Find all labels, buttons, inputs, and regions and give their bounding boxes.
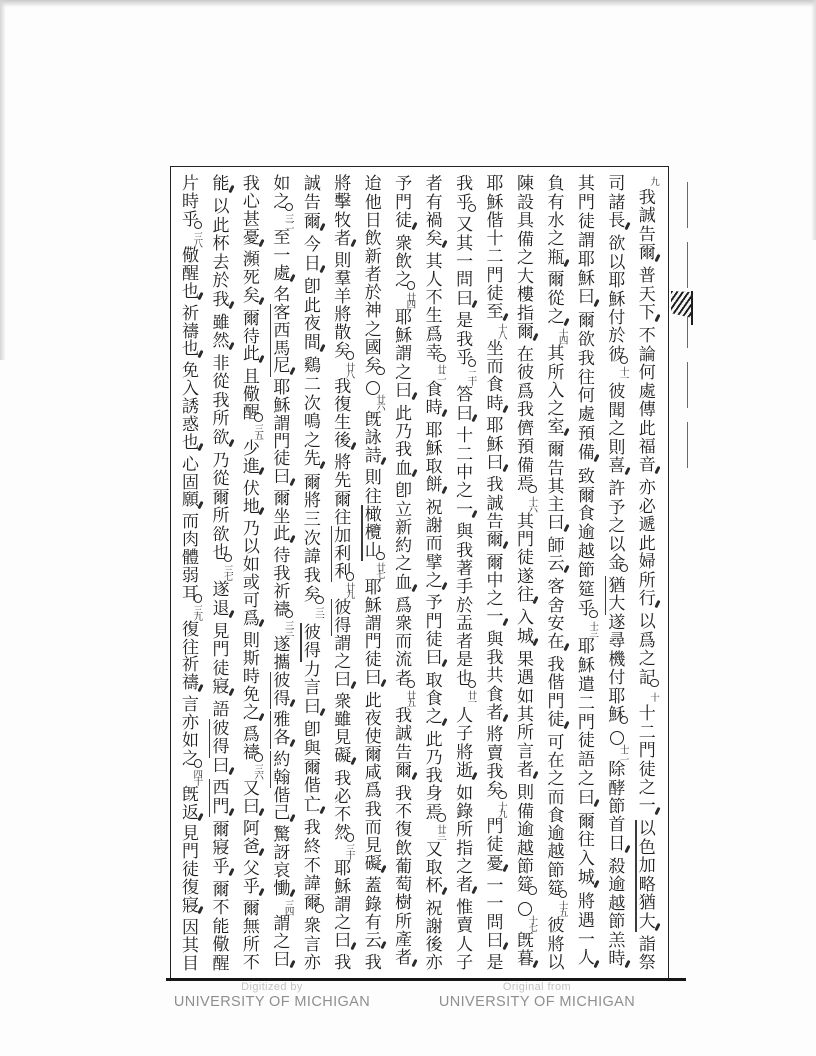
proper-name-char: 西 (267, 322, 296, 340)
text-char: 與 (450, 524, 479, 542)
text-char: 是 (450, 652, 479, 670)
text-char: 此 (633, 420, 662, 438)
punctuation-mark (389, 290, 418, 294)
text-char: 爲 (420, 326, 449, 344)
text-column: 陳設具備之大樓指爾在彼爲我儕預備焉十六其門徒遂往入城果遇如其所言者則備逾越節筵十… (511, 176, 540, 973)
text-char: 復 (389, 822, 418, 840)
text-char: 身 (420, 786, 449, 804)
verse-number: 十一 (602, 369, 631, 383)
text-char: 徒 (572, 214, 601, 232)
text-char: 者 (359, 267, 388, 285)
text-char: 乃 (237, 520, 266, 538)
text-char: 往 (572, 369, 601, 387)
text-char: 我 (450, 542, 479, 560)
text-char: 予 (389, 176, 418, 194)
text-column: 九我誠告爾普天下不論何處傳此福音亦必遞此婦所行以爲之記十十二門徒之一以色加略猶大… (633, 176, 662, 973)
text-char: 之 (541, 771, 570, 789)
verse-number: 三一 (298, 609, 327, 623)
text-char: 又 (420, 841, 449, 859)
text-char: 我 (389, 442, 418, 460)
text-char: 之 (572, 771, 601, 789)
text-char: 時 (176, 194, 205, 212)
text-char: 穌 (389, 327, 418, 345)
text-char: 之 (389, 364, 418, 382)
text-char: 者 (420, 176, 449, 194)
proper-name-char: 得 (206, 739, 235, 757)
text-char: 免 (237, 686, 266, 704)
text-char: 力 (298, 661, 327, 679)
text-char: 而 (420, 536, 449, 554)
proper-name-char: 彼 (328, 600, 357, 618)
text-char: 告 (389, 744, 418, 762)
text-char: 且 (237, 368, 266, 386)
text-char: 預 (572, 426, 601, 444)
text-char: 一 (481, 896, 510, 914)
text-char: 心 (237, 194, 266, 212)
text-char: 先 (328, 473, 357, 491)
text-char: 祝 (420, 499, 449, 517)
proper-name-char: 加 (633, 858, 662, 876)
text-char: 謂 (328, 897, 357, 915)
text-char: 門 (541, 693, 570, 711)
text-char: 予 (420, 595, 449, 613)
text-char: 一 (572, 931, 601, 949)
text-char: 去 (206, 254, 235, 272)
punctuation-mark (511, 969, 540, 973)
text-char: 門 (359, 634, 388, 652)
text-char: 從 (541, 290, 570, 308)
text-char: 又 (237, 781, 266, 799)
digitized-by-label: Digitized by (162, 981, 382, 993)
text-char: 天 (633, 286, 662, 304)
text-char: 能 (206, 918, 235, 936)
text-char: 誠 (481, 495, 510, 513)
verse-number: 十二 (602, 747, 631, 761)
text-char: 福 (633, 439, 662, 457)
text-char: 耶 (602, 273, 631, 291)
text-char: 則 (511, 785, 540, 803)
text-char: 食 (541, 807, 570, 825)
text-char: 非 (206, 356, 235, 374)
text-char: 此 (633, 535, 662, 553)
text-char: 不 (633, 328, 662, 346)
text-char: 飲 (389, 254, 418, 272)
text-char: 醒 (206, 955, 235, 973)
text-char: 從 (206, 471, 235, 489)
text-char: 我 (328, 770, 357, 788)
text-char: 遇 (572, 912, 601, 930)
proper-name-char: 客 (267, 305, 296, 323)
text-char: 逾 (572, 525, 601, 543)
punctuation-mark (572, 969, 601, 973)
proper-name-char: 猶 (602, 577, 631, 595)
text-char: 一 (450, 254, 479, 272)
proper-name-char: 得 (298, 643, 327, 661)
text-char: 錄 (359, 896, 388, 914)
text-char: 流 (389, 652, 418, 670)
text-char: 其 (541, 478, 570, 496)
text-column: 迨他日飲新者於神之國矣廿六旣詠詩則往橄欖山廿七耶穌謂門徒曰此夜使爾咸爲我而見礙蓋… (359, 176, 388, 973)
text-char: 將 (298, 493, 327, 511)
text-char: 徒 (359, 652, 388, 670)
text-char: 指 (450, 840, 479, 858)
text-char: 雖 (206, 314, 235, 332)
text-char: 門 (481, 267, 510, 285)
text-char: 父 (237, 861, 266, 879)
text-char: 儆 (176, 248, 205, 266)
text-char: 卽 (389, 483, 418, 501)
text-char: 徒 (511, 550, 540, 568)
text-char: 禍 (420, 212, 449, 230)
text-char: 見 (359, 837, 388, 855)
punctuation-mark (602, 365, 631, 369)
proper-name-char: 利 (328, 545, 357, 563)
text-char: 殺 (602, 858, 631, 876)
text-char: 筵 (572, 581, 601, 599)
text-char: 目 (176, 955, 205, 973)
text-char: 門 (206, 642, 235, 660)
text-char: 婦 (633, 554, 662, 572)
text-char: 肉 (176, 532, 205, 550)
text-char: 可 (541, 734, 570, 752)
text-char: 之 (481, 591, 510, 609)
text-char: 酵 (602, 780, 631, 798)
text-char: 備 (511, 231, 540, 249)
punctuation-mark (176, 768, 205, 772)
text-column: 片時乎三八儆醒也祈禱也免入誘惑也心固願而肉體弱耳三九復往祈禱言亦如之四十旣返見門… (176, 176, 205, 973)
punctuation-mark (481, 322, 510, 326)
text-char: 穌 (420, 440, 449, 458)
punctuation-mark (511, 494, 540, 498)
text-char: 祈 (176, 305, 205, 323)
text-char: 門 (572, 195, 601, 213)
text-char: 門 (481, 819, 510, 837)
punctuation-mark (298, 605, 327, 609)
text-char: 我 (450, 331, 479, 349)
text-char: 神 (359, 303, 388, 321)
text-char: 之 (541, 231, 570, 249)
text-column: 我乎又其一問曰是我乎二十答曰十二中之一與我著手於盂者是也廿一人子將逝如錄所指之者… (450, 176, 479, 973)
text-char: 告 (481, 513, 510, 531)
text-char: 不 (420, 290, 449, 308)
text-char: 新 (359, 249, 388, 267)
text-char: 我 (420, 768, 449, 786)
text-char: 待 (267, 548, 296, 566)
text-char: 欲 (602, 236, 631, 254)
text-char: 此 (359, 692, 388, 710)
text-char: 產 (389, 932, 418, 950)
text-char: 必 (328, 788, 357, 806)
text-char: 而 (481, 359, 510, 377)
text-char: 子 (450, 726, 479, 744)
text-char: 徒 (206, 660, 235, 678)
verse-number: 廿四 (389, 295, 418, 309)
margin-flag-icon (671, 291, 692, 318)
text-char: 將 (541, 936, 570, 954)
text-char: 逾 (511, 822, 540, 840)
text-char: 爾 (541, 272, 570, 290)
text-char: 節 (541, 862, 570, 880)
text-char: 我 (481, 650, 510, 668)
text-char: 穌 (572, 658, 601, 676)
punctuation-mark (237, 762, 266, 766)
text-char: 遂 (602, 614, 631, 632)
text-char: 我 (389, 708, 418, 726)
text-char: 水 (541, 213, 570, 231)
text-char: 詠 (359, 429, 388, 447)
text-char: 門 (420, 613, 449, 631)
text-char: 將 (450, 744, 479, 762)
text-char: 之 (633, 651, 662, 669)
punctuation-mark (267, 969, 296, 973)
punctuation-mark (633, 688, 662, 692)
punctuation-mark (359, 376, 388, 380)
text-block: 九我誠告爾普天下不論何處傳此福音亦必遞此婦所行以爲之記十十二門徒之一以色加略猶大… (176, 176, 662, 973)
text-char: 之 (389, 556, 418, 574)
text-char: 所 (206, 508, 235, 526)
punctuation-mark (450, 368, 479, 372)
text-char: 則 (602, 439, 631, 457)
text-char: 乃 (389, 423, 418, 441)
scanned-book-page: 九我誠告爾普天下不論何處傳此福音亦必遞此婦所行以爲之記十十二門徒之一以色加略猶大… (0, 0, 816, 1056)
text-char: 散 (328, 324, 357, 342)
text-char: 入 (511, 610, 540, 628)
text-char: 約 (389, 538, 418, 556)
text-char: 又 (450, 217, 479, 235)
text-column: 我心甚憂瀕死矣爾待此且儆醒三五少進伏地乃以如或可爲則斯時免之爲禱三六又曰阿爸父乎… (237, 176, 266, 973)
text-char: 他 (359, 194, 388, 212)
text-char: 片 (176, 176, 205, 194)
text-char: 處 (633, 383, 662, 401)
text-char: 二 (481, 249, 510, 267)
digitized-caption: Digitized by UNIVERSITY OF MICHIGAN (162, 981, 382, 1010)
text-char: 論 (633, 346, 662, 364)
proper-name-char: 加 (328, 527, 357, 545)
text-char: 賣 (450, 918, 479, 936)
text-char: 傳 (633, 402, 662, 420)
punctuation-mark (511, 895, 540, 899)
text-char: 誠 (298, 176, 327, 194)
text-char: 人 (420, 272, 449, 290)
text-char: 爾 (572, 487, 601, 505)
text-char: 祈 (176, 657, 205, 675)
text-char: 耶 (572, 639, 601, 657)
text-column: 將擊牧者則羣羊將散矣廿八我復生後將先爾往加利利廿九彼得謂之曰衆雖見礙我必不然三十… (328, 176, 357, 973)
text-char: 之 (511, 250, 540, 268)
text-char: 指 (511, 305, 540, 323)
text-char: 是 (450, 313, 479, 331)
text-char: 遂 (267, 637, 296, 655)
text-char: 以 (602, 254, 631, 272)
text-char: 耶 (267, 380, 296, 398)
text-char: 新 (389, 519, 418, 537)
text-char: 將 (481, 727, 510, 745)
text-char: 誘 (176, 399, 205, 417)
text-char: 所 (206, 411, 235, 429)
text-char: 我 (328, 379, 357, 397)
text-char: 語 (206, 702, 235, 720)
text-char: 其 (511, 707, 540, 725)
text-char: 攜 (267, 655, 296, 673)
text-char: 偕 (481, 212, 510, 230)
text-char: 謂 (572, 232, 601, 250)
verse-number: 三七 (206, 567, 235, 581)
verse-number: 十三 (572, 624, 601, 638)
proper-name-char: 猶 (633, 895, 662, 913)
text-char: 牧 (328, 212, 357, 230)
text-char: 徒 (481, 837, 510, 855)
original-caption: Original from UNIVERSITY OF MICHIGAN (427, 981, 647, 1010)
text-char: 節 (602, 799, 631, 817)
text-char: 付 (602, 310, 631, 328)
text-char: 手 (450, 579, 479, 597)
text-char: 問 (450, 272, 479, 290)
text-char: 謂 (267, 916, 296, 934)
text-char: 門 (572, 714, 601, 732)
text-char: 門 (511, 532, 540, 550)
text-char: 其 (511, 513, 540, 531)
text-char: 問 (481, 914, 510, 932)
scan-edge-top (0, 0, 816, 7)
text-char: 語 (572, 752, 601, 770)
text-char: 醒 (176, 266, 205, 284)
text-char: 爾 (481, 554, 510, 572)
text-char: 爾 (572, 813, 601, 831)
text-char: 越 (511, 840, 540, 858)
text-char: 我 (541, 656, 570, 674)
text-column: 者有禍矣其人不生爲幸廿二食時耶穌取餅祝謝而擘之予門徒曰取食之此乃我身焉廿三又取杯… (420, 176, 449, 973)
text-char: 將 (328, 455, 357, 473)
text-char: 錄 (450, 803, 479, 821)
text-char: 之 (267, 934, 296, 952)
text-char: 共 (481, 668, 510, 686)
text-char: 爾 (359, 747, 388, 765)
text-char: 而 (389, 634, 418, 652)
text-column: 其門徒謂耶穌曰爾欲我往何處預備致爾食逾越節筵乎十三耶穌遣二門徒語之曰爾往入城將遇… (572, 176, 601, 973)
verse-number: 廿七 (359, 565, 388, 579)
text-char: 遇 (511, 670, 540, 688)
punctuation-mark (267, 212, 296, 216)
punctuation-mark (541, 899, 570, 903)
text-char: 而 (176, 514, 205, 532)
text-column: 司諸長欲以耶穌付於彼十一彼聞之則喜許予之以金猶大遂尋機付耶穌十二除酵節首日殺逾越… (602, 176, 631, 973)
text-char: 予 (602, 499, 631, 517)
text-char: 體 (176, 550, 205, 568)
text-char: 門 (389, 194, 418, 212)
text-char: 此 (206, 217, 235, 235)
text-char: 斯 (237, 650, 266, 668)
proper-name-char: 翰 (267, 769, 296, 787)
punctuation-mark (481, 800, 510, 804)
text-char: 旣 (359, 411, 388, 429)
text-char: 之 (328, 915, 357, 933)
text-char: 亦 (633, 480, 662, 498)
text-char: 與 (481, 631, 510, 649)
text-char: 聞 (602, 402, 631, 420)
text-char: 言 (298, 680, 327, 698)
text-char: 我 (511, 402, 540, 420)
text-char: 見 (176, 826, 205, 844)
text-char: 中 (450, 464, 479, 482)
punctuation-mark (176, 230, 205, 234)
proper-name-char: 約 (267, 752, 296, 770)
text-char: 杯 (206, 236, 235, 254)
text-char: 者 (450, 634, 479, 652)
text-char: 爾 (237, 901, 266, 919)
text-char: 我 (481, 477, 510, 495)
text-char: 國 (359, 339, 388, 357)
text-char: 謂 (328, 636, 357, 654)
text-char: 儕 (511, 420, 540, 438)
text-char: 入 (176, 381, 205, 399)
text-char: 擊 (328, 194, 357, 212)
text-char: 有 (359, 914, 388, 932)
text-char: 爾 (298, 474, 327, 492)
text-char: 其 (572, 176, 601, 194)
text-char: 而 (541, 789, 570, 807)
text-char: 耶 (602, 688, 631, 706)
text-char: 司 (602, 176, 631, 194)
text-char: 復 (328, 397, 357, 415)
text-char: 門 (176, 844, 205, 862)
text-char: 食 (420, 381, 449, 399)
text-char: 衆 (328, 694, 357, 712)
text-char: 夜 (359, 710, 388, 728)
text-char: 謝 (420, 918, 449, 936)
text-char: 何 (633, 365, 662, 383)
text-char: 擘 (420, 554, 449, 572)
text-char: 我 (359, 955, 388, 973)
text-char: 彼 (541, 918, 570, 936)
text-column: 耶穌偕十二門徒至十八坐而食時耶穌曰我誠告爾爾中之一與我共食者將賣我矣十九門徒憂一… (481, 176, 510, 973)
proper-name-char: 得 (328, 618, 357, 636)
section-circle-mark (602, 730, 631, 747)
verse-number: 廿一 (450, 693, 479, 707)
text-char: 阿 (237, 821, 266, 839)
text-char: 告 (298, 195, 327, 213)
text-char: 爾 (237, 310, 266, 328)
text-char: 復 (176, 880, 205, 898)
punctuation-mark (389, 689, 418, 693)
text-char: 驚 (267, 827, 296, 845)
text-char: 旣 (176, 786, 205, 804)
text-char: 許 (602, 481, 631, 499)
text-char: 將 (328, 176, 357, 194)
text-char: 如 (450, 785, 479, 803)
verse-number: 十七 (511, 918, 540, 932)
text-char: 與 (298, 741, 327, 759)
text-char: 入 (541, 382, 570, 400)
text-char: 除 (602, 762, 631, 780)
text-char: 我 (206, 392, 235, 410)
proper-name-char: 大 (602, 596, 631, 614)
text-char: 之 (450, 858, 479, 876)
text-char: 告 (633, 226, 662, 244)
text-char: 其 (176, 937, 205, 955)
text-char: 鷄 (298, 358, 327, 376)
text-char: 此 (389, 405, 418, 423)
text-char: 遞 (633, 517, 662, 535)
verse-number: 廿三 (420, 827, 449, 841)
text-char: 爲 (511, 383, 540, 401)
text-char: 如 (176, 733, 205, 751)
text-char: 人 (450, 936, 479, 954)
text-char: 越 (602, 895, 631, 913)
text-char: 乃 (206, 452, 235, 470)
text-char: 機 (602, 651, 631, 669)
punctuation-mark (541, 327, 570, 331)
text-char: 徒 (572, 733, 601, 751)
